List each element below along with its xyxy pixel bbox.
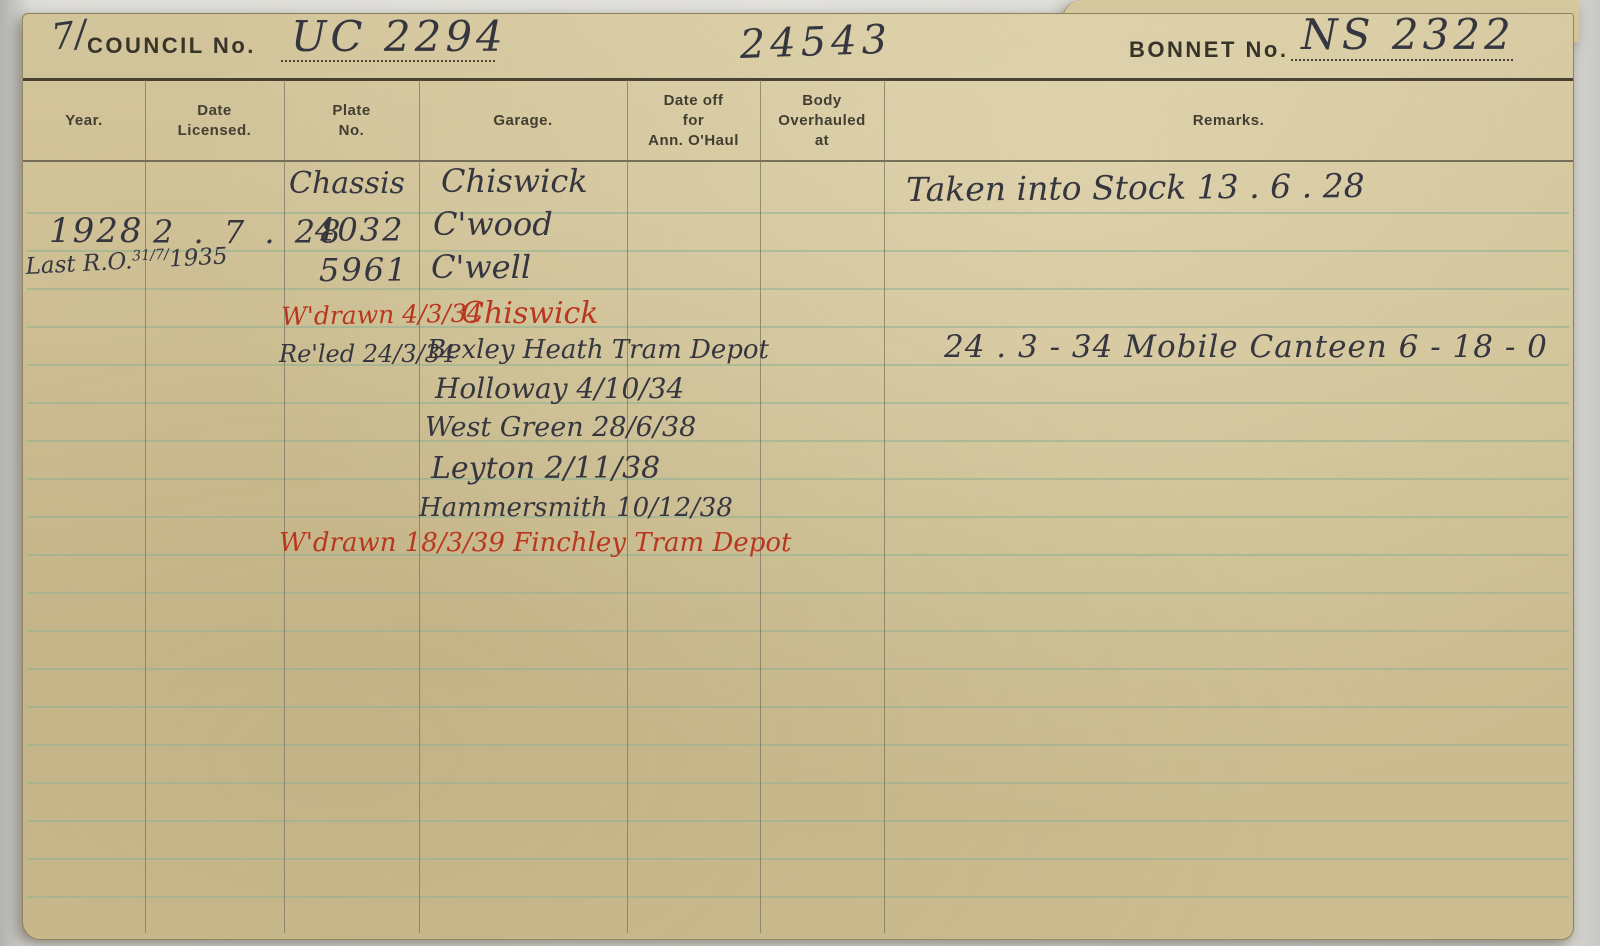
column-divider [884,80,885,933]
council-no-label: COUNCIL No. [87,33,256,59]
plate-5961: 5961 [319,251,408,289]
card-serial-number: 24543 [739,17,893,68]
withdrawn-1934-note: W'drawn 4/3/34 [281,298,483,331]
corner-check-mark: 7/ [49,13,89,58]
garage-chiswick: Chiswick [441,162,588,200]
col-garage: Garage. [419,81,627,161]
garage-move-leyton: Leyton 2/11/38 [431,451,660,486]
col-date-licensed: Date Licensed. [145,81,284,161]
column-divider [284,80,285,933]
relicensed-1934-garage: Bexley Heath Tram Depot [427,335,769,365]
col-plate-no: Plate No. [284,81,419,161]
col-date-off: Date off for Ann. O'Haul [627,81,760,161]
col-year: Year. [23,81,145,161]
column-divider [760,80,761,933]
ruled-lines [27,176,1569,931]
column-divider [145,80,146,933]
withdrawn-1934-garage: Chiswick [461,296,599,331]
garage-cwood: C'wood [433,205,553,243]
garage-cwell: C'well [431,248,531,286]
bonnet-no-label: BONNET No. [1129,37,1288,63]
withdrawn-1939-note: W'drawn 18/3/39 Finchley Tram Depot [279,528,791,558]
garage-move-hammersmith: Hammersmith 10/12/38 [419,493,733,523]
plate-4032: 4032 [315,211,404,249]
garage-move-west-green: West Green 28/6/38 [425,412,696,443]
col-body-overhauled: Body Overhauled at [760,81,884,161]
card-surface: 7/ COUNCIL No. UC 2294 24543 BONNET No. … [22,13,1574,940]
record-card: 7/ COUNCIL No. UC 2294 24543 BONNET No. … [0,0,1600,946]
garage-move-holloway: Holloway 4/10/34 [435,372,684,405]
year-value: 1928 [49,211,144,251]
bonnet-no-value: NS 2322 [1301,10,1515,59]
remark-mobile-canteen: 24 . 3 - 34 Mobile Canteen 6 - 18 - 0 [944,329,1548,365]
plate-chassis: Chassis [289,166,405,201]
col-remarks: Remarks. [884,81,1573,161]
remark-taken-into-stock: Taken into Stock 13 . 6 . 28 [906,166,1365,209]
council-no-value: UC 2294 [291,12,507,61]
